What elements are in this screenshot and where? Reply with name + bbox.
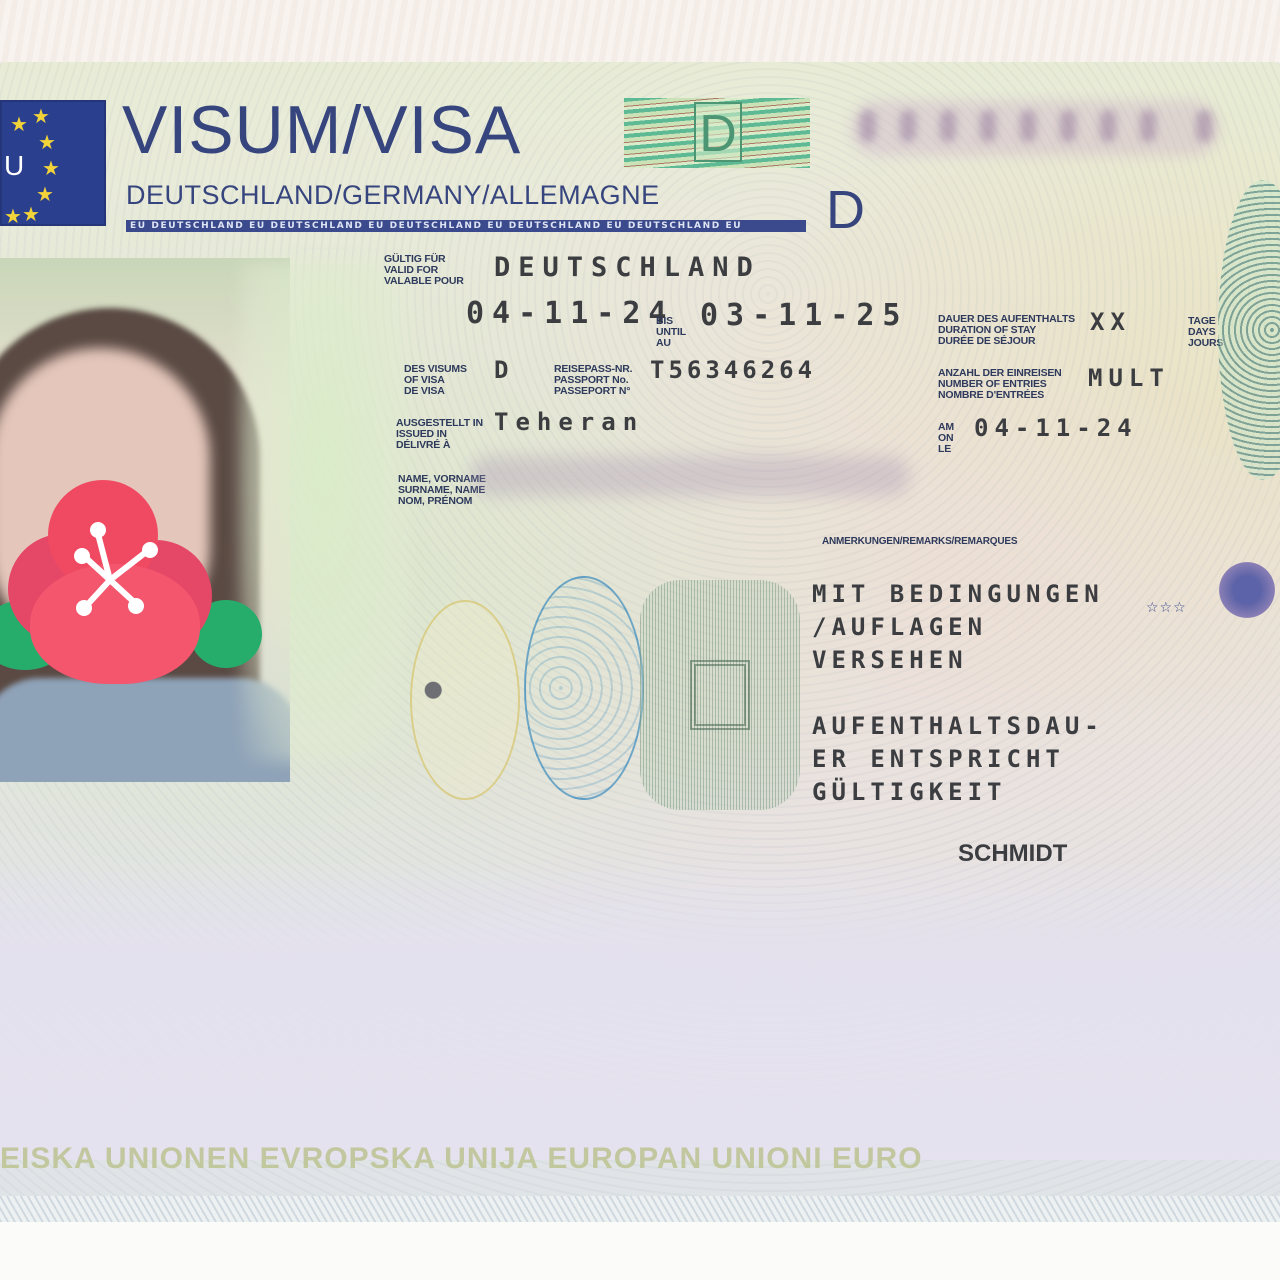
redacted-digit [1100, 110, 1116, 142]
redacted-digit [1196, 110, 1212, 142]
passport-page-top [0, 0, 1280, 70]
redacted-digit [1020, 110, 1036, 142]
remarks-line: ER ENTSPRICHT [812, 745, 1065, 773]
microprint-band: EU DEUTSCHLAND EU DEUTSCHLAND EU DEUTSCH… [126, 220, 806, 232]
redacted-digit [1140, 110, 1156, 142]
remarks-line: GÜLTIGKEIT [812, 778, 1007, 806]
value-valid-until: 03-11-25 [700, 300, 909, 332]
security-latent-image [640, 580, 800, 810]
eu-badge-letter: U [4, 150, 24, 182]
value-issued-in: Teheran [494, 408, 644, 436]
remarks-line: MIT BEDINGUNGEN [812, 580, 1104, 608]
redacted-digit [1060, 110, 1076, 142]
lion-emblem-icon [1212, 560, 1280, 620]
remarks-line: VERSEHEN [812, 646, 968, 674]
redacted-digit [900, 110, 916, 142]
value-passport-no: T56346264 [650, 356, 816, 384]
stars-icon: ☆☆☆ [1146, 600, 1187, 616]
value-valid-from: 04-11-24 [466, 298, 675, 330]
value-issued-on: 04-11-24 [974, 414, 1138, 442]
label-issued-on: AM ON LE [938, 422, 954, 455]
value-valid-for: DEUTSCHLAND [494, 252, 761, 284]
label-remarks: ANMERKUNGEN/REMARKS/REMARQUES [822, 536, 1017, 547]
label-duration: DAUER DES AUFENTHALTS DURATION OF STAY D… [938, 314, 1075, 347]
security-eye-icon [410, 600, 520, 800]
label-until: BIS UNTIL AU [656, 316, 686, 349]
redacted-name [470, 456, 910, 496]
redacted-digit [940, 110, 956, 142]
visa-country-subtitle: DEUTSCHLAND/GERMANY/ALLEMAGNE [126, 180, 660, 210]
bottom-guilloche-stripe [0, 1196, 1280, 1222]
stamen-icon [58, 518, 168, 618]
label-entries: ANZAHL DER EINREISEN NUMBER OF ENTRIES N… [938, 368, 1062, 401]
label-issued-in: AUSGESTELLT IN ISSUED IN DÉLIVRÉ À [396, 418, 483, 451]
flower-privacy-sticker-icon [0, 480, 270, 680]
remarks-line: /AUFLAGEN [812, 613, 987, 641]
redacted-digit [980, 110, 996, 142]
label-passport-no: REISEPASS-NR. PASSPORT No. PASSEPORT N° [554, 364, 632, 397]
visa-title: VISUM/VISA [122, 94, 521, 166]
remarks-line: AUFENTHALTSDAU- [812, 712, 1104, 740]
security-globe-icon [524, 576, 644, 800]
value-entries: MULT [1088, 364, 1170, 392]
footer-microprint: EISKA UNIONEN EVROPSKA UNIJA EUROPAN UNI… [0, 1142, 1280, 1176]
country-code: D [826, 180, 865, 240]
eu-flag-icon: ★ ★ ★ ★ ★ ★ ★ U [0, 100, 106, 226]
label-valid-for: GÜLTIG FÜR VALID FOR VALABLE POUR [384, 254, 464, 287]
redacted-mrz-area [0, 860, 1280, 1160]
passport-page-bottom [0, 1222, 1280, 1280]
hologram-letter: D [694, 102, 742, 162]
value-duration: XX [1090, 308, 1131, 336]
label-visa-type: DES VISUMS OF VISA DE VISA [404, 364, 467, 397]
value-visa-type: D [494, 356, 514, 384]
hologram-emblem: D [624, 98, 810, 168]
redacted-digit [860, 110, 876, 142]
